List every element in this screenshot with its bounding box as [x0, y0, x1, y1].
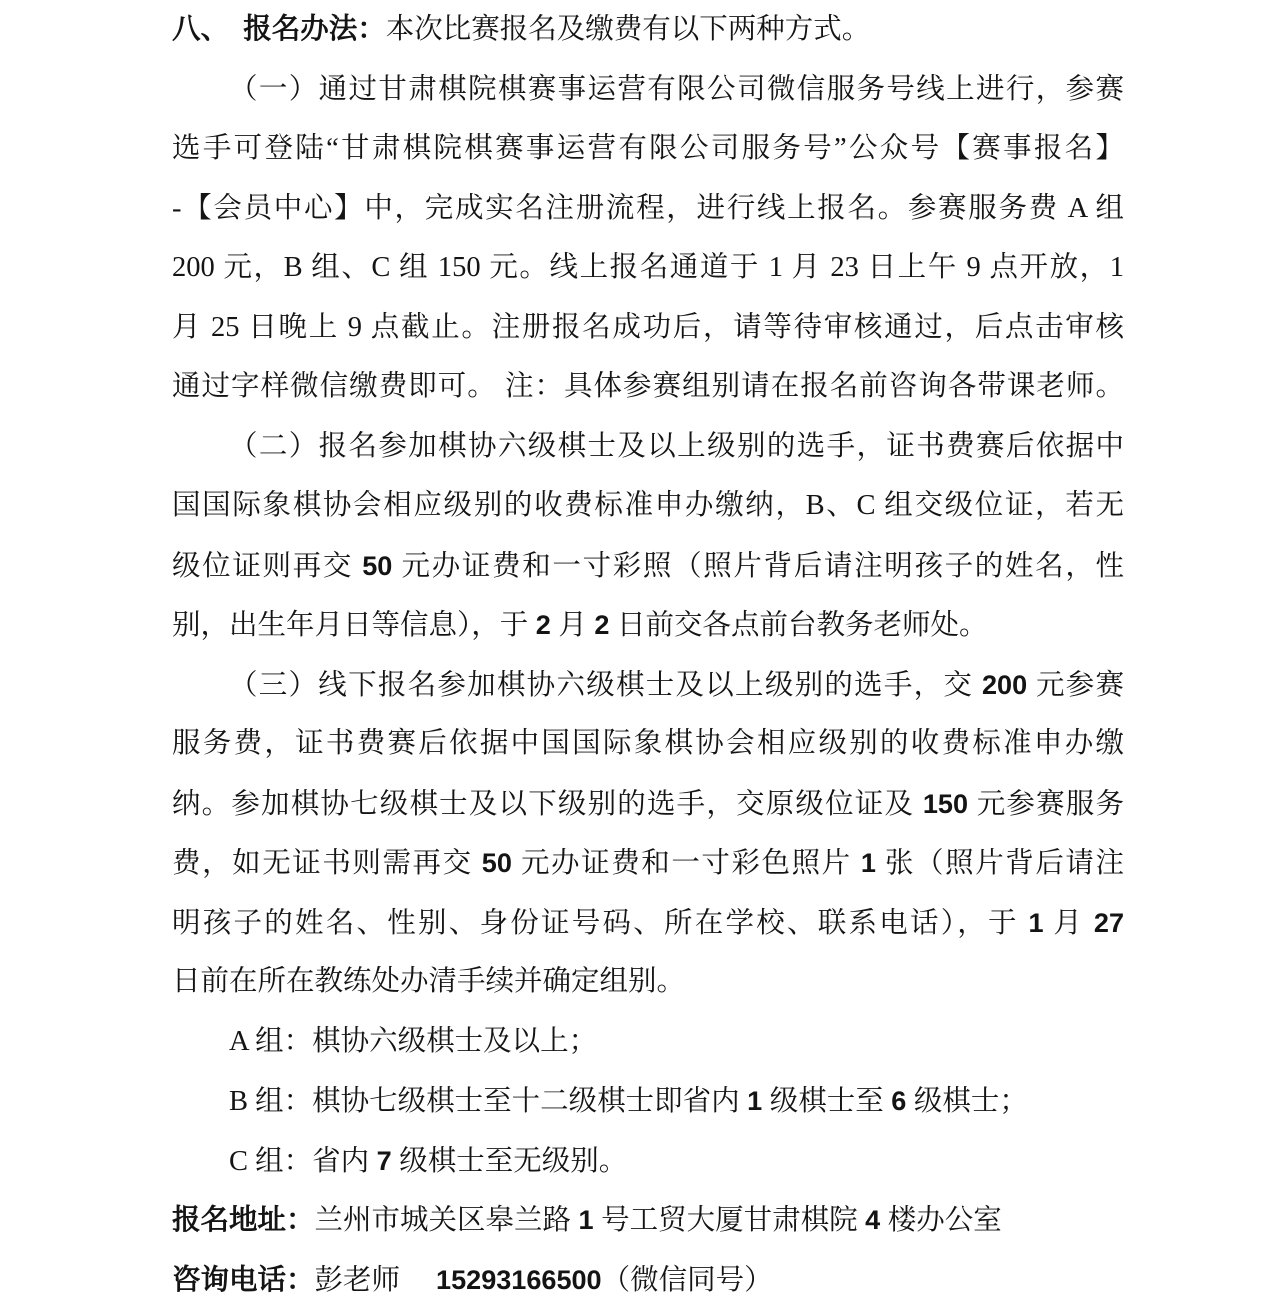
text-run: 元参赛服务 [977, 789, 1124, 820]
text-line: 日前在所在教练处办清手续并确定组别。 [172, 952, 1124, 1012]
text-line: -【会员中心】中，完成实名注册流程，进行线上报名。参赛服务费 A 组 [172, 179, 1124, 239]
text-run: 月 [1053, 908, 1084, 939]
text-line: 国国际象棋协会相应级别的收费标准申办缴纳，B、C 组交级位证，若无 [172, 476, 1124, 536]
text-run: 级棋士至无级别。 [399, 1146, 627, 1177]
text-run: （二）报名参加棋协六级棋士及以上级别的选手，证书费赛后依据中 [229, 431, 1124, 462]
text-run: 级棋士； [914, 1086, 1028, 1117]
text-line: C 组：省内 7 级棋士至无级别。 [172, 1131, 1124, 1191]
text-run: 纳。参加棋协七级棋士及以下级别的选手，交原级位证及 [172, 789, 914, 820]
text-run: 选手可登陆“甘肃棋院棋赛事运营有限公司服务号”公众号【赛事报名】 [172, 133, 1124, 164]
text-line: 纳。参加棋协七级棋士及以下级别的选手，交原级位证及 150 元参赛服务 [172, 774, 1124, 834]
number-run: 1 [571, 1204, 601, 1235]
text-run: 服务费，证书费赛后依据中国国际象棋协会相应级别的收费标准申办缴 [172, 728, 1124, 759]
number-run: 1 [1019, 907, 1054, 938]
text-run: 元办证费和一寸彩色照片 [521, 848, 852, 879]
text-run: 200 元，B 组、C 组 150 元。线上报名通道于 1 月 23 日上午 9… [172, 252, 1124, 283]
number-run: 15293166500 [429, 1264, 602, 1295]
number-run: 7 [369, 1145, 399, 1176]
text-line: 咨询电话：彭老师 15293166500（微信同号） [172, 1250, 1124, 1310]
text-line: 选手可登陆“甘肃棋院棋赛事运营有限公司服务号”公众号【赛事报名】 [172, 119, 1124, 179]
text-run: （一）通过甘肃棋院棋赛事运营有限公司微信服务号线上进行，参赛 [229, 74, 1124, 105]
text-line: （一）通过甘肃棋院棋赛事运营有限公司微信服务号线上进行，参赛 [172, 60, 1124, 120]
number-run: 2 [528, 609, 558, 640]
number-run: 50 [473, 847, 521, 878]
text-run: C 组：省内 [229, 1146, 369, 1177]
text-run: -【会员中心】中，完成实名注册流程，进行线上报名。参赛服务费 A 组 [172, 193, 1124, 224]
text-line: 服务费，证书费赛后依据中国国际象棋协会相应级别的收费标准申办缴 [172, 714, 1124, 774]
text-run: 费，如无证书则需再交 [172, 848, 473, 879]
text-run: 国国际象棋协会相应级别的收费标准申办缴纳，B、C 组交级位证，若无 [172, 490, 1124, 521]
number-run: 1 [740, 1085, 770, 1116]
text-line: 报名地址：兰州市城关区皋兰路 1 号工贸大厦甘肃棋院 4 楼办公室 [172, 1190, 1124, 1250]
text-line: 200 元，B 组、C 组 150 元。线上报名通道于 1 月 23 日上午 9… [172, 238, 1124, 298]
text-run: 通过字样微信缴费即可。 注：具体参赛组别请在报名前咨询各带课老师。 [172, 371, 1124, 402]
number-run: 150 [914, 788, 977, 819]
text-line: 明孩子的姓名、性别、身份证号码、所在学校、联系电话），于 1 月 27 [172, 893, 1124, 953]
number-run: 1 [852, 847, 885, 878]
text-run: 月 [558, 610, 587, 641]
document-page: 八、 报名办法：本次比赛报名及缴费有以下两种方式。（一）通过甘肃棋院棋赛事运营有… [172, 0, 1124, 1309]
text-line: 月 25 日晚上 9 点截止。注册报名成功后，请等待审核通过，后点击审核 [172, 298, 1124, 358]
number-run: 2 [587, 609, 617, 640]
text-run: 明孩子的姓名、性别、身份证号码、所在学校、联系电话），于 [172, 908, 1019, 939]
text-run: 本次比赛报名及缴费有以下两种方式。 [386, 14, 871, 45]
text-run: 日前在所在教练处办清手续并确定组别。 [172, 966, 685, 997]
number-run: 50 [353, 550, 401, 581]
text-run: 元办证费和一寸彩照（照片背后请注明孩子的姓名，性 [402, 551, 1124, 582]
text-line: 费，如无证书则需再交 50 元办证费和一寸彩色照片 1 张（照片背后请注 [172, 833, 1124, 893]
text-line: 级位证则再交 50 元办证费和一寸彩照（照片背后请注明孩子的姓名，性 [172, 536, 1124, 596]
text-line: 通过字样微信缴费即可。 注：具体参赛组别请在报名前咨询各带课老师。 [172, 357, 1124, 417]
text-run: B 组：棋协七级棋士至十二级棋士即省内 [229, 1086, 740, 1117]
text-run: 彭老师 [315, 1265, 429, 1296]
number-run: 6 [884, 1085, 914, 1116]
text-run: 张（照片背后请注 [885, 848, 1124, 879]
bold-label-run: 报名地址： [172, 1205, 315, 1236]
number-run: 27 [1084, 907, 1124, 938]
text-line: A 组：棋协六级棋士及以上； [172, 1012, 1124, 1072]
text-run: 兰州市城关区皋兰路 [315, 1205, 572, 1236]
text-line: 别，出生年月日等信息），于 2 月 2 日前交各点前台教务老师处。 [172, 595, 1124, 655]
text-run: 级棋士至 [770, 1086, 884, 1117]
text-run: 月 25 日晚上 9 点截止。注册报名成功后，请等待审核通过，后点击审核 [172, 312, 1124, 343]
number-run: 4 [858, 1204, 888, 1235]
text-line: （三）线下报名参加棋协六级棋士及以上级别的选手，交 200 元参赛 [172, 655, 1124, 715]
number-run: 200 [973, 669, 1036, 700]
text-line: （二）报名参加棋协六级棋士及以上级别的选手，证书费赛后依据中 [172, 417, 1124, 477]
text-run: A 组：棋协六级棋士及以上； [229, 1026, 597, 1057]
text-line: 八、 报名办法：本次比赛报名及缴费有以下两种方式。 [172, 0, 1124, 60]
text-run: 级位证则再交 [172, 551, 353, 582]
text-run: 号工贸大厦甘肃棋院 [601, 1205, 858, 1236]
text-run: 楼办公室 [888, 1205, 1002, 1236]
bold-label-run: 咨询电话： [172, 1265, 315, 1296]
text-run: （三）线下报名参加棋协六级棋士及以上级别的选手，交 [229, 670, 973, 701]
text-run: 日前交各点前台教务老师处。 [617, 610, 988, 641]
text-line: B 组：棋协七级棋士至十二级棋士即省内 1 级棋士至 6 级棋士； [172, 1071, 1124, 1131]
text-run: 别，出生年月日等信息），于 [172, 610, 528, 641]
bold-label-run: 八、 报名办法： [172, 14, 386, 45]
text-run: 元参赛 [1036, 670, 1124, 701]
text-run: （微信同号） [602, 1265, 773, 1296]
